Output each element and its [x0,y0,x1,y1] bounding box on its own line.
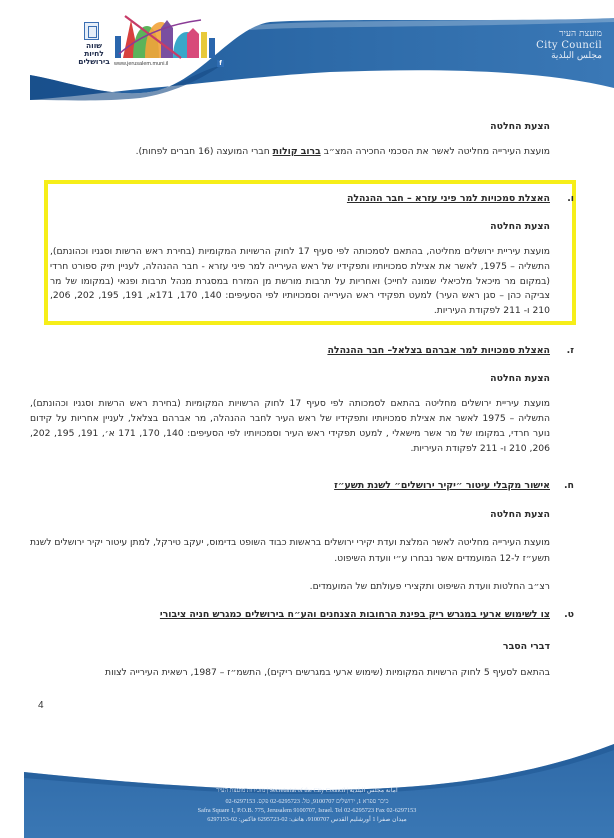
jerusalem-logo: www.jerusalem.muni.il f שווה לחיות בירוש… [78,14,228,74]
slogan: שווה לחיות בירושלים [78,42,110,66]
council-title-hebrew: מועצת העיר [536,29,602,40]
footer-contact: מזכירות מועצת העיר | Secretariat of the … [0,786,614,824]
footer-address-hebrew: כיכר ספרא 1, ירושלים 9100707, טל. 02-629… [0,797,614,806]
jerusalem-emblem-icon [84,22,99,40]
section-paragraph: בהתאם לסעיף 5 לחוק הרשויות המקומיות (שימ… [20,664,550,681]
council-title-arabic: مجلس البلدية [536,51,602,62]
skyline-logo-icon [111,14,223,60]
section-title: אישור מקבלי עיטור ״יקיר ירושלים״ לשנת תש… [334,477,550,494]
intro-text-emphasis: ברוב קולות [273,146,321,157]
section-subheading: הצעת החלטה [490,370,550,387]
facebook-icon: f [217,60,224,67]
section-title: האצלת סמכויות למר פיני עזרא – חבר ההנהלה [347,190,550,207]
section-letter: ט. [564,606,574,623]
section-title: צו לשימוש ארעי במגרש ריק בפינת הרחובות ה… [160,606,550,623]
website-url: www.jerusalem.muni.il [114,61,168,67]
page-number: 4 [38,700,44,711]
slogan-line-2: בירושלים [78,58,110,66]
intro-heading: הצעת החלטה [490,118,550,135]
document-page: www.jerusalem.muni.il f שווה לחיות בירוש… [0,0,614,838]
section-paragraph: מועצת עיריית ירושלים מחליטה בהתאם לסמכות… [30,396,550,456]
section-paragraph: מועצת עיריית ירושלים מחליטה, בהתאם לסמכו… [50,245,550,319]
section-subheading: הצעת החלטה [490,506,550,523]
section-letter: ז. [567,342,574,359]
section-letter: ו. [567,190,574,207]
slogan-line-1: שווה לחיות [78,42,110,58]
intro-text-after: חברי המועצה (16 חברים לפחות). [136,146,273,157]
section-letter: ח. [564,477,574,494]
council-title-english: City Council [536,40,602,51]
section-title: האצלת סמכויות למר אברהם בצלאל– חבר ההנהל… [327,342,550,359]
council-title: מועצת העיר City Council مجلس البلدية [536,29,602,62]
section-paragraph: מועצת העירייה מחליטה לאשר המלצת ועדת יקי… [30,535,550,567]
intro-paragraph: מועצת העירייה מחליטה לאשר את הסכמי החכיר… [80,143,550,160]
section-subheading: הצעת החלטה [490,218,550,235]
section-subheading: דברי הסבר [503,638,550,655]
footer-address-arabic: ميدان صفرا 1 أورشليم القدس 9100707، هاتف… [0,815,614,824]
section-note: רצ״ב החלטות וועדת השיפוט ותקצירי פעולתם … [310,578,550,595]
footer-title: מזכירות מועצת העיר | Secretariat of the … [0,786,614,795]
intro-text-before: מועצת העירייה מחליטה לאשר את הסכמי החכיר… [321,146,550,157]
footer-address-english: Safra Square 1, P.O.B. 775, Jerusalem 91… [0,806,614,815]
